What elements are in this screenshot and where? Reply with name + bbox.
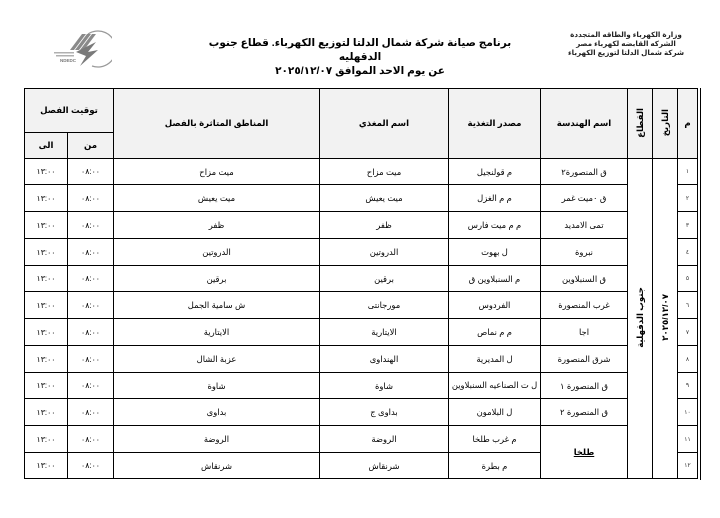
to-time-cell: ١٣:٠٠ bbox=[25, 373, 68, 399]
to-time-cell: ١٣:٠٠ bbox=[25, 426, 68, 453]
to-time-cell: ١٣:٠٠ bbox=[25, 212, 68, 239]
from-time-cell: ٠٨:٠٠ bbox=[68, 185, 114, 212]
table-row: ٧ اجا م م نماص الايتارية الايتارية ٠٨:٠٠… bbox=[25, 319, 698, 346]
feeder-cell: ميت يعيش bbox=[320, 185, 449, 212]
feeder-cell: برقين bbox=[320, 266, 449, 292]
areas-cell: ميت مزاح bbox=[114, 159, 320, 185]
feeder-cell: شاوة bbox=[320, 373, 449, 399]
table-row: ٨ شرق المنصورة ل المديرية الهنداوى عزبة … bbox=[25, 346, 698, 373]
document-title: برنامج صيانة شركة شمال الدلتا لتوزيع الك… bbox=[200, 36, 520, 78]
areas-cell: شرنقاش bbox=[114, 453, 320, 479]
areas-cell: الايتارية bbox=[114, 319, 320, 346]
table-row: ٦ غرب المنصورة الفردوس مورجانتى ش سامية … bbox=[25, 292, 698, 319]
table-row: ١١ طلخا م غرب طلخا الروضة الروضة ٠٨:٠٠ ١… bbox=[25, 426, 698, 453]
col-header-source: مصدر التغذية bbox=[449, 89, 541, 159]
feeder-cell: شرنقاش bbox=[320, 453, 449, 479]
row-num: ٤ bbox=[678, 239, 698, 266]
source-cell: م م الغزل bbox=[449, 185, 541, 212]
feeder-cell: ميت مزاح bbox=[320, 159, 449, 185]
lightning-logo-icon: NDEDC bbox=[52, 30, 112, 70]
engineering-cell: ق المنصورة ١ bbox=[541, 373, 628, 399]
table-row: ٥ ق السنبلاوين م السنبلاوين ق برقين برقي… bbox=[25, 266, 698, 292]
engineering-cell: اجا bbox=[541, 319, 628, 346]
title-line-1: برنامج صيانة شركة شمال الدلتا لتوزيع الك… bbox=[200, 36, 520, 64]
areas-cell: شاوة bbox=[114, 373, 320, 399]
feeder-cell: الايتارية bbox=[320, 319, 449, 346]
row-num: ٧ bbox=[678, 319, 698, 346]
company-logo: NDEDC bbox=[52, 30, 112, 70]
maintenance-schedule-table: م التاريخ القطاع اسم الهندسة مصدر التغذي… bbox=[24, 88, 698, 479]
merged-date-cell: ٢٠٢٥/١٢/٠٧ bbox=[653, 159, 678, 479]
engineering-cell-talkha: طلخا bbox=[541, 426, 628, 479]
feeder-cell: الهنداوى bbox=[320, 346, 449, 373]
to-time-cell: ١٣:٠٠ bbox=[25, 266, 68, 292]
to-time-cell: ١٣:٠٠ bbox=[25, 239, 68, 266]
col-header-sector: القطاع bbox=[628, 89, 653, 159]
row-num: ١ bbox=[678, 159, 698, 185]
source-cell: الفردوس bbox=[449, 292, 541, 319]
row-num: ٣ bbox=[678, 212, 698, 239]
engineering-cell: ق المنصورة ٢ bbox=[541, 399, 628, 426]
col-header-areas: المناطق المتاثرة بالفصل bbox=[114, 89, 320, 159]
from-time-cell: ٠٨:٠٠ bbox=[68, 292, 114, 319]
areas-cell: عزبة الشال bbox=[114, 346, 320, 373]
areas-cell: الدروتين bbox=[114, 239, 320, 266]
areas-cell: ظفر bbox=[114, 212, 320, 239]
to-time-cell: ١٣:٠٠ bbox=[25, 399, 68, 426]
areas-cell: الروضة bbox=[114, 426, 320, 453]
areas-cell: ميت يعيش bbox=[114, 185, 320, 212]
source-cell: م م ميت فارس bbox=[449, 212, 541, 239]
to-time-cell: ١٣:٠٠ bbox=[25, 292, 68, 319]
to-time-cell: ١٣:٠٠ bbox=[25, 319, 68, 346]
source-cell: م بطرة bbox=[449, 453, 541, 479]
table-row: ٩ ق المنصورة ١ ل ت الصناعيه السنبلاوين ش… bbox=[25, 373, 698, 399]
row-num: ١٠ bbox=[678, 399, 698, 426]
row-num: ٥ bbox=[678, 266, 698, 292]
from-time-cell: ٠٨:٠٠ bbox=[68, 159, 114, 185]
from-time-cell: ٠٨:٠٠ bbox=[68, 266, 114, 292]
to-time-cell: ١٣:٠٠ bbox=[25, 453, 68, 479]
areas-cell: برقين bbox=[114, 266, 320, 292]
svg-text:NDEDC: NDEDC bbox=[60, 58, 77, 63]
col-header-date: التاريخ bbox=[653, 89, 678, 159]
table-row: ٣ تمى الامديد م م ميت فارس ظفر ظفر ٠٨:٠٠… bbox=[25, 212, 698, 239]
table-right-double-border bbox=[700, 88, 701, 480]
table-row: ٤ نبروة ل بهوت الدروتين الدروتين ٠٨:٠٠ ١… bbox=[25, 239, 698, 266]
to-time-cell: ١٣:٠٠ bbox=[25, 346, 68, 373]
col-header-engineering: اسم الهندسة bbox=[541, 89, 628, 159]
col-header-timing: توقيت الفصل bbox=[25, 89, 114, 133]
from-time-cell: ٠٨:٠٠ bbox=[68, 453, 114, 479]
to-time-cell: ١٣:٠٠ bbox=[25, 185, 68, 212]
source-cell: ل ت الصناعيه السنبلاوين bbox=[449, 373, 541, 399]
from-time-cell: ٠٨:٠٠ bbox=[68, 346, 114, 373]
feeder-cell: بداوى ج bbox=[320, 399, 449, 426]
areas-cell: بداوى bbox=[114, 399, 320, 426]
merged-sector-cell: جنوب الدقهلية bbox=[628, 159, 653, 479]
table-row: ١ ٢٠٢٥/١٢/٠٧ جنوب الدقهلية ق المنصورة٢ م… bbox=[25, 159, 698, 185]
ministry-line: وزارة الكهرباء والطاقه المتجددة bbox=[556, 30, 696, 39]
engineering-cell: ق المنصورة٢ bbox=[541, 159, 628, 185]
source-cell: م قولنجيل bbox=[449, 159, 541, 185]
source-cell: م م نماص bbox=[449, 319, 541, 346]
engineering-cell: ق السنبلاوين bbox=[541, 266, 628, 292]
to-time-cell: ١٣:٠٠ bbox=[25, 159, 68, 185]
source-cell: ل بهوت bbox=[449, 239, 541, 266]
title-line-2: عن يوم الاحد الموافق ٢٠٢٥/١٢/٠٧ bbox=[200, 64, 520, 78]
row-num: ٨ bbox=[678, 346, 698, 373]
from-time-cell: ٠٨:٠٠ bbox=[68, 373, 114, 399]
table-row: ٢ ق ٠ميت غمر م م الغزل ميت يعيش ميت يعيش… bbox=[25, 185, 698, 212]
row-num: ٦ bbox=[678, 292, 698, 319]
ministry-header: وزارة الكهرباء والطاقه المتجددة الشركه ا… bbox=[556, 30, 696, 57]
source-cell: م السنبلاوين ق bbox=[449, 266, 541, 292]
engineering-cell: تمى الامديد bbox=[541, 212, 628, 239]
col-header-from: من bbox=[68, 133, 114, 159]
source-cell: م غرب طلخا bbox=[449, 426, 541, 453]
engineering-cell: نبروة bbox=[541, 239, 628, 266]
table-row: ١٠ ق المنصورة ٢ ل البلامون بداوى ج بداوى… bbox=[25, 399, 698, 426]
areas-cell: ش سامية الجمل bbox=[114, 292, 320, 319]
row-num: ٩ bbox=[678, 373, 698, 399]
col-header-to: الى bbox=[25, 133, 68, 159]
feeder-cell: مورجانتى bbox=[320, 292, 449, 319]
company-line: شركة شمال الدلتا لتوزيع الكهرباء bbox=[556, 48, 696, 57]
from-time-cell: ٠٨:٠٠ bbox=[68, 319, 114, 346]
engineering-cell: ق ٠ميت غمر bbox=[541, 185, 628, 212]
row-num: ١١ bbox=[678, 426, 698, 453]
holding-company-line: الشركه القابضه لكهرباء مصر bbox=[556, 39, 696, 48]
col-header-feeder: اسم المغذي bbox=[320, 89, 449, 159]
row-num: ٢ bbox=[678, 185, 698, 212]
from-time-cell: ٠٨:٠٠ bbox=[68, 212, 114, 239]
feeder-cell: الدروتين bbox=[320, 239, 449, 266]
from-time-cell: ٠٨:٠٠ bbox=[68, 399, 114, 426]
source-cell: ل البلامون bbox=[449, 399, 541, 426]
feeder-cell: ظفر bbox=[320, 212, 449, 239]
source-cell: ل المديرية bbox=[449, 346, 541, 373]
feeder-cell: الروضة bbox=[320, 426, 449, 453]
engineering-cell: شرق المنصورة bbox=[541, 346, 628, 373]
col-header-num: م bbox=[678, 89, 698, 159]
from-time-cell: ٠٨:٠٠ bbox=[68, 426, 114, 453]
from-time-cell: ٠٨:٠٠ bbox=[68, 239, 114, 266]
row-num: ١٢ bbox=[678, 453, 698, 479]
engineering-cell: غرب المنصورة bbox=[541, 292, 628, 319]
